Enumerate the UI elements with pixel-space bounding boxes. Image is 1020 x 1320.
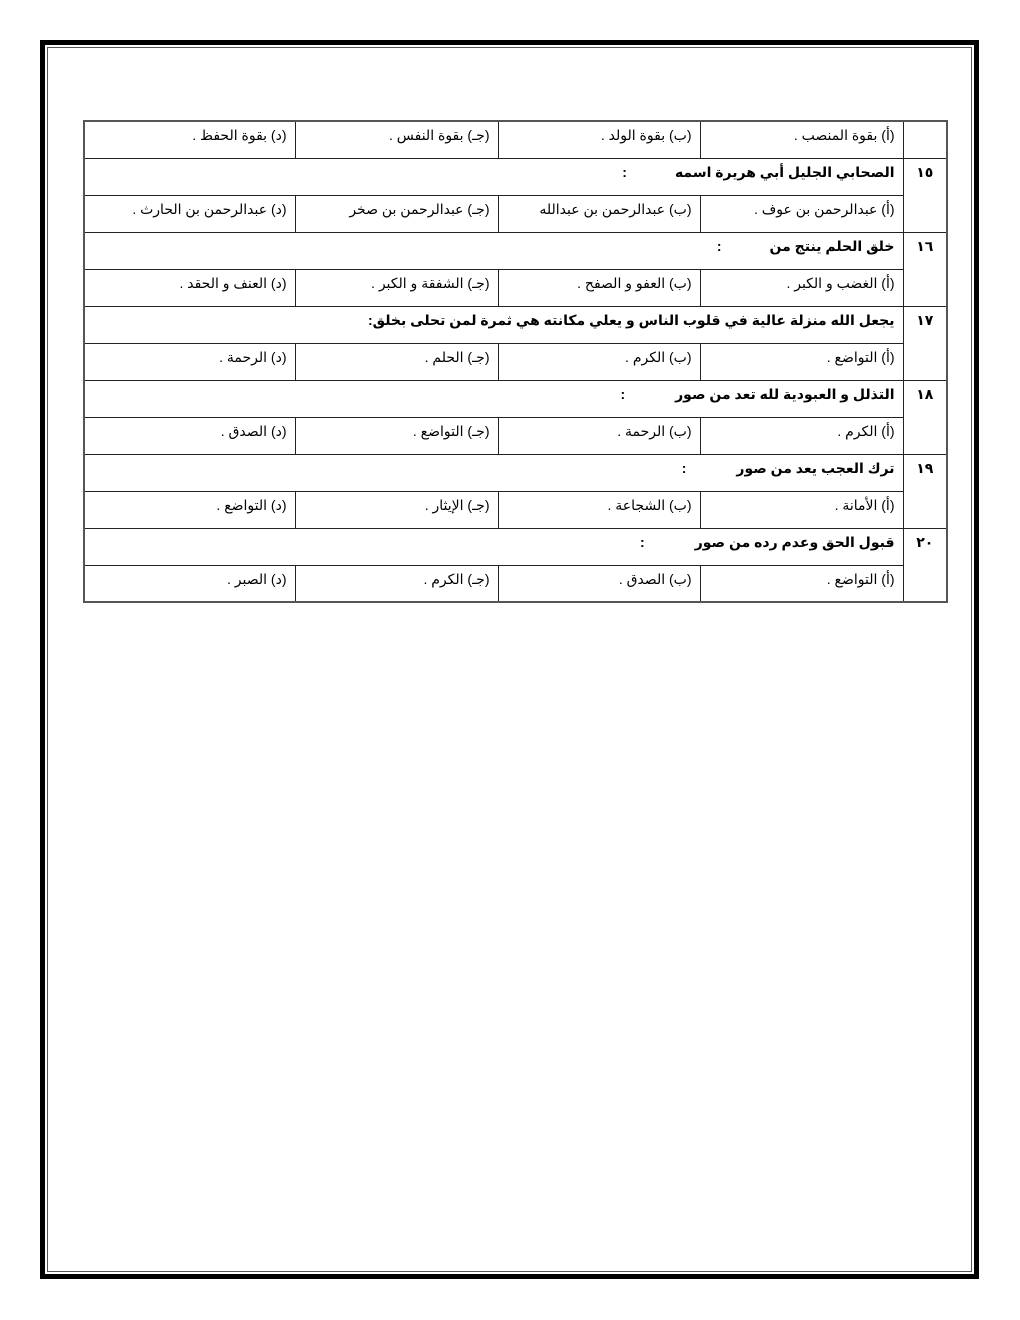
option-b: (ب) بقوة الولد . xyxy=(498,121,700,158)
option-d: (د) الصبر . xyxy=(84,565,295,602)
question-row-15: ١٥ الصحابي الجليل أبي هريرة اسمه: xyxy=(84,158,947,195)
option-b: (ب) الكرم . xyxy=(498,343,700,380)
question-row-17: ١٧ يجعل الله منزلة عالية في قلوب الناس و… xyxy=(84,306,947,343)
question-text-cell: ترك العجب يعد من صور: xyxy=(84,454,903,491)
option-c: (جـ) عبدالرحمن بن صخر xyxy=(295,195,498,232)
question-text: الصحابي الجليل أبي هريرة اسمه xyxy=(675,164,895,180)
option-a: (أ) عبدالرحمن بن عوف . xyxy=(700,195,903,232)
question-colon: : xyxy=(620,386,625,402)
question-number: ١٥ xyxy=(903,158,947,232)
option-d: (د) الصدق . xyxy=(84,417,295,454)
option-b: (ب) الصدق . xyxy=(498,565,700,602)
question-number: ١٩ xyxy=(903,454,947,528)
question-text-cell: يجعل الله منزلة عالية في قلوب الناس و يع… xyxy=(84,306,903,343)
option-a: (أ) التواضع . xyxy=(700,343,903,380)
options-row-20: (أ) التواضع . (ب) الصدق . (جـ) الكرم . (… xyxy=(84,565,947,602)
option-a: (أ) الأمانة . xyxy=(700,491,903,528)
option-c: (جـ) الحلم . xyxy=(295,343,498,380)
question-text: التذلل و العبودية لله تعد من صور xyxy=(675,386,894,402)
question-number: ١٧ xyxy=(903,306,947,380)
option-a: (أ) بقوة المنصب . xyxy=(700,121,903,158)
question-text-cell: الصحابي الجليل أبي هريرة اسمه: xyxy=(84,158,903,195)
options-row-17: (أ) التواضع . (ب) الكرم . (جـ) الحلم . (… xyxy=(84,343,947,380)
option-d: (د) عبدالرحمن بن الحارث . xyxy=(84,195,295,232)
option-c: (جـ) الشفقة و الكبر . xyxy=(295,269,498,306)
option-a: (أ) الكرم . xyxy=(700,417,903,454)
option-b: (ب) الرحمة . xyxy=(498,417,700,454)
question-text: ترك العجب يعد من صور xyxy=(736,460,894,476)
option-a: (أ) الغضب و الكبر . xyxy=(700,269,903,306)
quiz-table: (أ) بقوة المنصب . (ب) بقوة الولد . (جـ) … xyxy=(83,120,948,603)
question-colon: : xyxy=(622,164,627,180)
question-colon: : xyxy=(640,534,645,550)
question-number-cell xyxy=(903,121,947,158)
question-colon: : xyxy=(717,238,722,254)
question-text: يجعل الله منزلة عالية في قلوب الناس و يع… xyxy=(368,312,895,328)
question-text-cell: خلق الحلم ينتج من: xyxy=(84,232,903,269)
option-d: (د) الرحمة . xyxy=(84,343,295,380)
option-c: (جـ) الكرم . xyxy=(295,565,498,602)
question-number: ١٦ xyxy=(903,232,947,306)
option-d: (د) التواضع . xyxy=(84,491,295,528)
question-text: خلق الحلم ينتج من xyxy=(770,238,895,254)
option-c: (جـ) التواضع . xyxy=(295,417,498,454)
option-a: (أ) التواضع . xyxy=(700,565,903,602)
question-row-16: ١٦ خلق الحلم ينتج من: xyxy=(84,232,947,269)
option-d: (د) بقوة الحفظ . xyxy=(84,121,295,158)
options-row-16: (أ) الغضب و الكبر . (ب) العفو و الصفح . … xyxy=(84,269,947,306)
options-row-18: (أ) الكرم . (ب) الرحمة . (جـ) التواضع . … xyxy=(84,417,947,454)
option-c: (جـ) الإيثار . xyxy=(295,491,498,528)
question-number: ١٨ xyxy=(903,380,947,454)
question-row-18: ١٨ التذلل و العبودية لله تعد من صور: xyxy=(84,380,947,417)
question-text-cell: التذلل و العبودية لله تعد من صور: xyxy=(84,380,903,417)
question-text: قبول الحق وعدم رده من صور xyxy=(695,534,895,550)
option-b: (ب) عبدالرحمن بن عبدالله xyxy=(498,195,700,232)
question-row-19: ١٩ ترك العجب يعد من صور: xyxy=(84,454,947,491)
option-b: (ب) الشجاعة . xyxy=(498,491,700,528)
question-number: ٢٠ xyxy=(903,528,947,602)
options-row-19: (أ) الأمانة . (ب) الشجاعة . (جـ) الإيثار… xyxy=(84,491,947,528)
option-d: (د) العنف و الحقد . xyxy=(84,269,295,306)
question-text-cell: قبول الحق وعدم رده من صور: xyxy=(84,528,903,565)
option-c: (جـ) بقوة النفس . xyxy=(295,121,498,158)
question-colon: : xyxy=(682,460,687,476)
option-b: (ب) العفو و الصفح . xyxy=(498,269,700,306)
options-row-15: (أ) عبدالرحمن بن عوف . (ب) عبدالرحمن بن … xyxy=(84,195,947,232)
options-row-14: (أ) بقوة المنصب . (ب) بقوة الولد . (جـ) … xyxy=(84,121,947,158)
question-row-20: ٢٠ قبول الحق وعدم رده من صور: xyxy=(84,528,947,565)
